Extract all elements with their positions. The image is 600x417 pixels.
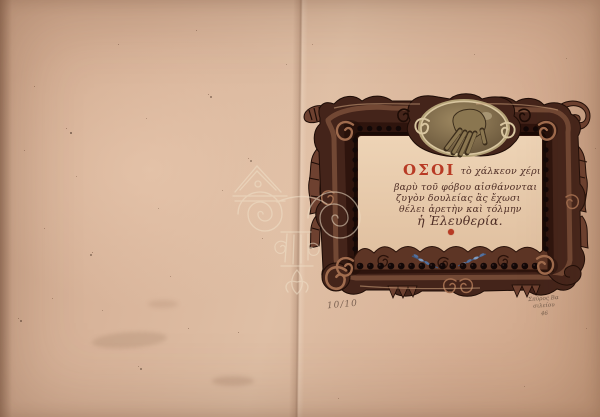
edition-number: 10/10 bbox=[327, 299, 359, 312]
claw-icon bbox=[512, 285, 540, 297]
artist-signature: Σπύρος Βα σιλείου 46 bbox=[520, 294, 567, 319]
red-dot-ornament bbox=[448, 229, 454, 235]
library-emblem-icon bbox=[225, 146, 375, 304]
scanned-artwork-photo: ΟΣΟΙ τὸ χάλκεον χέρι βαρὺ τοῦ φόβου αἰσθ… bbox=[0, 0, 600, 417]
page-edge-shadow bbox=[0, 0, 12, 417]
poem-line-3: ζυγὸν δουλείας ἂς ἔχωσι bbox=[396, 193, 521, 204]
poem-initial: ΟΣΟΙ bbox=[403, 163, 456, 178]
smudge bbox=[212, 376, 254, 386]
poem-line-2: βαρὺ τοῦ φόβου αἰσθάνονται bbox=[394, 182, 537, 193]
poem-line-1: τὸ χάλκεον χέρι bbox=[461, 166, 541, 178]
hand-medallion bbox=[407, 94, 520, 157]
smudge bbox=[148, 300, 178, 308]
poem-closing-line: ἡ Ἐλευθερία. bbox=[414, 213, 506, 228]
smudge bbox=[92, 329, 168, 350]
